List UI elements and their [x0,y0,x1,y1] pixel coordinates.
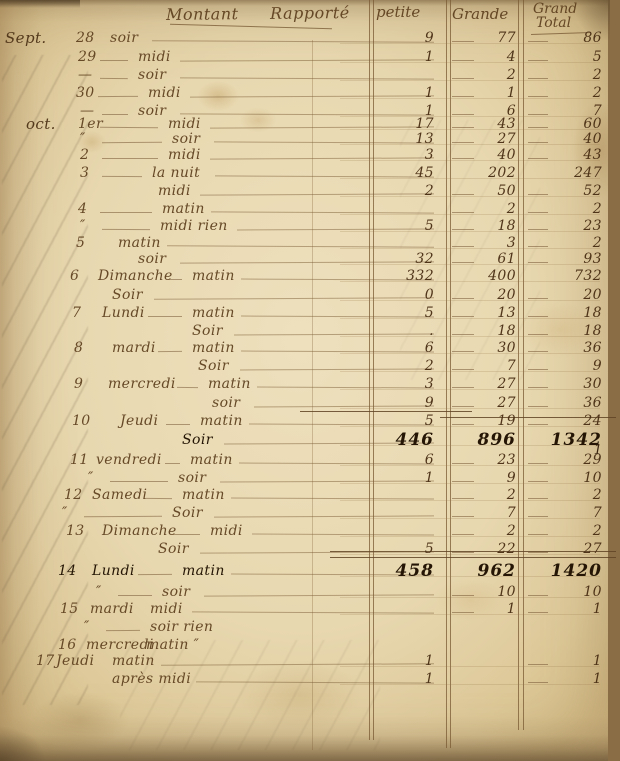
table-row: 2midi34043 [0,147,608,165]
grande-value: 50 [438,183,516,200]
time-label: après midi [112,671,191,688]
day-number: 6 [70,268,79,285]
table-row: 10Jeudimatin51924 [0,413,608,431]
time-label: midi [168,147,201,164]
time-label: soir [172,131,200,148]
table-row: ″soir rien [0,619,608,637]
table-row: ″soir1910 [0,470,608,488]
day-number: 10 [72,413,91,430]
table-row: soir326193 [0,251,608,269]
grande-value: 18 [438,218,516,235]
total-value: 9 [524,358,602,375]
table-row: Sept.28soir97786 [0,30,608,48]
leader-dash [177,387,198,388]
time-label: matin [208,376,251,393]
total-value: 93 [524,251,602,268]
paper-corner-shadow [0,726,46,761]
grande-value: 30 [438,340,516,357]
grande-value: 2 [438,523,516,540]
leader-dash [165,463,180,464]
table-row: 30midi112 [0,85,608,103]
leader-dash [171,534,200,535]
total-value: 10 [524,584,602,601]
day-number: 15 [60,601,79,618]
day-number: ″ [80,131,86,148]
day-number: 11 [70,452,89,469]
table-row: —soir22 [0,67,608,85]
day-number: 29 [78,49,97,66]
weekday-label: Samedi [92,487,147,504]
total-value: 2 [524,523,602,540]
total-value: 10 [524,470,602,487]
time-label: matin [192,340,235,357]
leader-dash [106,630,140,631]
grande-value: 77 [438,30,516,47]
time-label: Soir [198,358,229,375]
weekday-label: Dimanche [98,268,173,285]
total-value: 5 [524,49,602,66]
petite-value: . [352,323,434,340]
leader-dash [158,351,182,352]
time-label: soir [138,251,166,268]
petite-value: 2 [352,358,434,375]
time-label: Soir [112,287,143,304]
table-row: Soir52227 [0,541,608,559]
total-value: 1 [524,671,602,688]
table-row: 8mardimatin63036 [0,340,608,358]
petite-value: 32 [352,251,434,268]
total-value: 52 [524,183,602,200]
total-value: 1 [524,601,602,618]
time-label: soir rien [150,619,213,636]
time-label: matin [112,653,155,670]
leader-dash [118,595,152,596]
column-header-grand-total: Total [536,15,571,31]
grande-value: 20 [438,287,516,304]
table-row: soir92736 [0,395,608,413]
leader-dash [100,78,128,79]
day-number: 9 [74,376,83,393]
total-value: 2 [524,487,602,504]
column-header-petite: petite [376,3,420,21]
table-row: 6Dimanchematin332400732 [0,268,608,286]
time-label: matin [182,563,225,580]
grande-value: 2 [438,487,516,504]
time-label: matin [192,268,235,285]
time-label: matin [192,305,235,322]
leader-dash [98,96,138,97]
table-row: midi25052 [0,183,608,201]
table-row: ″midi rien51823 [0,218,608,236]
petite-value: 5 [352,413,434,430]
day-number: ″ [62,505,68,522]
day-number: 17 [36,653,55,670]
day-number: ″ [96,584,102,601]
page-title: Montant Rapporté [166,3,350,24]
total-value: 247 [524,165,602,182]
day-number: 30 [76,85,95,102]
table-row: 7Lundimatin51318 [0,305,608,323]
petite-value: 1 [352,49,434,66]
total-value: 30 [524,376,602,393]
total-value: 2 [524,201,602,218]
time-label: midi rien [160,218,228,235]
petite-value: 3 [352,376,434,393]
grande-value: 40 [438,147,516,164]
day-number: 16 [58,637,77,654]
leader-dash [100,212,152,213]
paper-bottom-edge [0,735,608,761]
grande-value: 400 [438,268,516,285]
time-label: Soir [172,505,203,522]
weekday-label: Jeudi [120,413,158,430]
total-value: 2 [524,67,602,84]
petite-value: 5 [352,305,434,322]
leader-dash [102,229,150,230]
day-number: ″ [84,619,90,636]
day-number: 4 [78,201,87,218]
petite-value: 332 [352,268,434,285]
table-row: après midi11 [0,671,608,689]
day-number: 5 [76,235,85,252]
leader-dash [102,142,162,143]
time-label: Soir [192,323,223,340]
table-row: 11vendredimatin623291 [0,452,608,470]
table-row: 17Jeudimatin11 [0,653,608,671]
table-row: ″Soir77 [0,505,608,523]
leader-dash [100,60,128,61]
time-label: midi [150,601,183,618]
weekday-label: mercredi [86,637,154,654]
table-row: Soir279 [0,358,608,376]
time-label: soir [178,470,206,487]
leader-dash [100,127,158,128]
petite-value: 0 [352,287,434,304]
table-row: Soir.1818 [0,323,608,341]
day-number: 14 [58,563,77,580]
table-row: 14Lundimatin4589621420 [0,563,608,581]
total-value: 2 [524,235,602,252]
petite-value: 2 [352,183,434,200]
grande-value: 4 [438,49,516,66]
manuscript-page: Montant Rapporté petite Grande Grand Tot… [0,0,620,761]
grande-value: 1 [438,601,516,618]
day-number: 2 [80,147,89,164]
time-label: Soir [158,541,189,558]
grande-value: 23 [438,452,516,469]
column-header-grande: Grande [452,5,508,23]
total-value: 86 [524,30,602,47]
month-label: Sept. [5,30,47,47]
time-label: matin ″ [146,637,199,654]
grande-value: 7 [438,358,516,375]
petite-value: 1 [352,653,434,670]
stray-digit: 1 [572,443,602,458]
petite-value: 1 [352,85,434,102]
grande-value: 61 [438,251,516,268]
total-value: 18 [524,323,602,340]
day-number: 28 [76,30,95,47]
weekday-label: Lundi [92,563,135,580]
time-label: midi [138,49,171,66]
weekday-label: mardi [112,340,156,357]
time-label: soir [110,30,138,47]
leader-dash [102,158,158,159]
table-row: Soir4468961342 [0,432,608,450]
weekday-label: mardi [90,601,134,618]
day-number: 12 [64,487,83,504]
petite-value: 458 [352,563,434,580]
weekday-label: mercredi [108,376,176,393]
petite-value: 1 [352,470,434,487]
day-number: ″ [88,470,94,487]
total-value: 7 [524,505,602,522]
grande-value: 27 [438,376,516,393]
grande-value: 27 [438,131,516,148]
leader-dash [167,279,182,280]
weekday-label: vendredi [96,452,162,469]
time-label: matin [190,452,233,469]
leader-dash [102,114,128,115]
grande-value: 1 [438,85,516,102]
grande-value: 19 [438,413,516,430]
leader-dash [148,316,182,317]
weekday-label: Dimanche [102,523,177,540]
petite-value: 446 [352,432,434,449]
total-value: 40 [524,131,602,148]
total-value: 2 [524,85,602,102]
petite-value: 45 [352,165,434,182]
grande-value: 10 [438,584,516,601]
time-label: midi [158,183,191,200]
time-label: midi [148,85,181,102]
table-row: ″soir1010 [0,584,608,602]
total-value: 43 [524,147,602,164]
total-value: 18 [524,305,602,322]
day-number: 13 [66,523,85,540]
grande-value: 962 [438,563,516,580]
grande-value: 22 [438,541,516,558]
grande-value: 3 [438,235,516,252]
petite-value: 9 [352,30,434,47]
time-label: Soir [182,432,213,449]
total-value: 36 [524,395,602,412]
grande-value: 2 [438,201,516,218]
total-value: 27 [524,541,602,558]
grande-value: 13 [438,305,516,322]
total-value: 732 [524,268,602,285]
table-row: 13Dimanchemidi22 [0,523,608,541]
petite-value: 5 [352,218,434,235]
table-row: 29midi145 [0,49,608,67]
grande-value: 18 [438,323,516,340]
day-number: 3 [80,165,89,182]
time-label: la nuit [152,165,200,182]
petite-value: 3 [352,147,434,164]
petite-value: 6 [352,340,434,357]
day-number: 7 [72,305,81,322]
time-label: matin [162,201,205,218]
leader-dash [146,498,172,499]
leader-dash [110,481,168,482]
time-label: soir [162,584,190,601]
leader-dash [138,574,172,575]
total-value: 36 [524,340,602,357]
grande-value: 202 [438,165,516,182]
total-value: 1 [524,653,602,670]
petite-value: 9 [352,395,434,412]
petite-value: 5 [352,541,434,558]
table-row: Soir02020 [0,287,608,305]
total-value: 24 [524,413,602,430]
paper-corner-shadow [0,0,80,8]
weekday-label: Jeudi [56,653,94,670]
day-number: 8 [74,340,83,357]
weekday-label: Lundi [102,305,145,322]
time-label: matin [200,413,243,430]
total-value: 23 [524,218,602,235]
table-row: 15mardimidi11 [0,601,608,619]
total-value: 1420 [524,563,602,580]
grande-value: 9 [438,470,516,487]
total-value: 20 [524,287,602,304]
time-label: matin [182,487,225,504]
time-label: matin [118,235,161,252]
table-row: 4matin22 [0,201,608,219]
grande-value: 27 [438,395,516,412]
leader-dash [102,176,142,177]
leader-dash [166,424,190,425]
grande-value: 896 [438,432,516,449]
day-number: — [78,67,92,84]
table-row: 12Samedimatin22 [0,487,608,505]
petite-value: 13 [352,131,434,148]
petite-value: 6 [352,452,434,469]
leader-dash [84,516,162,518]
time-label: soir [138,67,166,84]
day-number: ″ [80,218,86,235]
time-label: midi [210,523,243,540]
petite-value: 1 [352,671,434,688]
time-label: soir [212,395,240,412]
grande-value: 2 [438,67,516,84]
table-row: 9mercredimatin32730 [0,376,608,394]
table-row: 3la nuit45202247 [0,165,608,183]
grande-value: 7 [438,505,516,522]
